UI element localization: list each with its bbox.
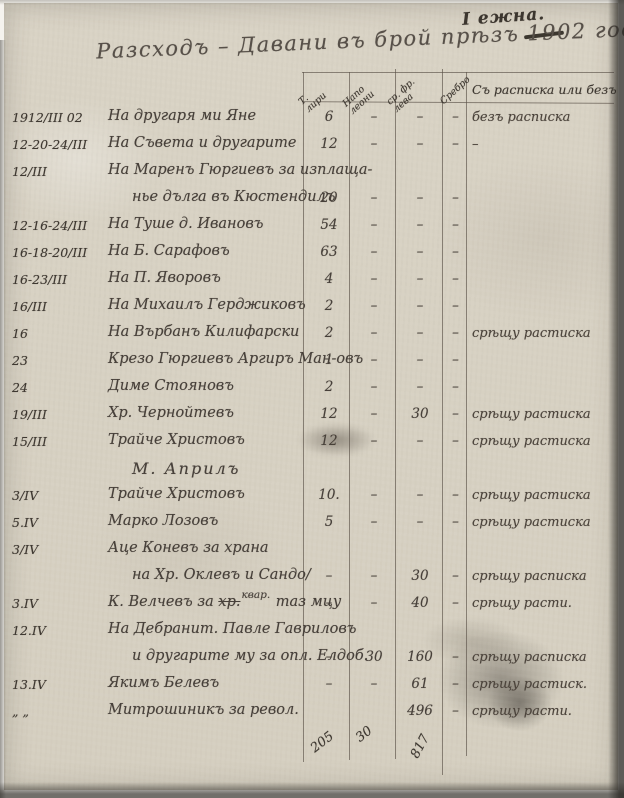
amount-cell: – [444, 703, 467, 719]
amount-cell: 63 [307, 244, 351, 260]
amount-cell: – [444, 595, 467, 611]
ledger-row: 13.ІVЯкимъ Белевъ––61–срѣщу растиск. [4, 674, 624, 701]
amount-cell: 30 [352, 649, 396, 665]
amount-cell: – [444, 568, 467, 584]
amount-cell: 2 [307, 379, 351, 395]
amount-cell: 6 [307, 109, 351, 125]
amount-cell: – [444, 271, 467, 287]
amount-cell: 30 [397, 568, 443, 584]
ink-smudge [297, 423, 375, 457]
ledger-row: 16-23/ІІІНа П. Яворовъ4––– [4, 269, 624, 296]
amount-cell: 2 [307, 298, 351, 314]
amount-cell: – [352, 352, 396, 368]
ledger-row: 5.ІVМарко Лозовъ5–––срѣщу растиска [4, 512, 624, 539]
amount-cell: – [352, 514, 396, 530]
amount-cell: – [352, 325, 396, 341]
row-description: Аце Коневъ за храна [108, 540, 269, 556]
amount-cell: – [397, 433, 443, 449]
amount-cell: – [397, 109, 443, 125]
ledger-row: 16-18-20/ІІІНа Б. Сарафовъ63––– [4, 242, 624, 269]
amount-cell: – [352, 298, 396, 314]
amount-cell: – [444, 487, 467, 503]
amount-cell: 12 [307, 136, 351, 152]
row-date: 24 [12, 380, 28, 395]
ledger-row: и другарите му за опл. Елдоб.–30160–срѣщ… [4, 647, 624, 674]
row-date: 12-20-24/ІІІ [12, 137, 87, 152]
row-date: 15/ІІІ [12, 434, 47, 449]
amount-cell: – [444, 433, 467, 449]
amount-cell: 496 [397, 703, 443, 719]
amount-cell: – [352, 244, 396, 260]
receipt-note: – [472, 137, 479, 152]
row-description: Хр. Чернойтевъ [108, 405, 234, 421]
ledger-row: „ „Митрошиникъ за револ.496–срѣщу расти. [4, 701, 624, 728]
row-description: нье дълга въ Кюстендилъ [132, 189, 335, 205]
amount-cell: – [307, 568, 351, 584]
receipt-note: срѣщу расписка [472, 650, 587, 665]
amount-cell: – [444, 352, 467, 368]
row-description: На Съвета и другарите [108, 135, 296, 151]
amount-cell: – [444, 514, 467, 530]
amount-cell: – [352, 406, 396, 422]
page-title: Разсходъ – Давани въ брой прѣзъ 1902 год [96, 19, 597, 64]
ledger-row: 15/ІІІТрайче Христовъ12–––срѣщу растиска [4, 431, 624, 458]
row-date: 19/ІІІ [12, 407, 47, 422]
ledger-row: 12.ІVНа Дебранит. Павле Гавриловъ [4, 620, 624, 647]
amount-cell: – [397, 514, 443, 530]
row-date: 16/ІІІ [12, 299, 47, 314]
row-description: На Маренъ Гюргиевъ за изплаща- [108, 162, 372, 178]
amount-cell: 12 [307, 406, 351, 422]
amount-cell: – [352, 595, 396, 611]
amount-cell: 30 [397, 406, 443, 422]
row-date: 16-23/ІІІ [12, 272, 67, 287]
receipt-note: срѣщу расти. [472, 596, 572, 611]
amount-cell: – [397, 379, 443, 395]
amount-cell: 61 [397, 676, 443, 692]
amount-cell: – [444, 406, 467, 422]
row-description: Якимъ Белевъ [108, 675, 219, 691]
amount-cell: – [444, 244, 467, 260]
row-date: „ „ [12, 704, 29, 719]
row-description: Марко Лозовъ [108, 513, 218, 529]
row-date: 16 [12, 326, 28, 341]
receipt-note: безъ расписка [472, 110, 570, 125]
amount-cell: – [352, 136, 396, 152]
row-description: На Дебранит. Павле Гавриловъ [108, 621, 356, 637]
row-description: М. Априлъ [132, 459, 240, 478]
row-date: 16-18-20/ІІІ [12, 245, 87, 260]
row-description: На Върбанъ Килифарски [108, 324, 299, 340]
row-date: 1912/ІІІ 02 [12, 110, 83, 125]
scanned-ledger-page: І ежна. Разсходъ – Давани въ брой прѣзъ … [0, 0, 624, 798]
ledger-row: 12-16-24/ІІІНа Туше д. Ивановъ54––– [4, 215, 624, 242]
amount-cell: – [444, 298, 467, 314]
ledger-row: 16На Върбанъ Килифарски2–––срѣщу растиск… [4, 323, 624, 350]
amount-cell: – [444, 217, 467, 233]
row-description: Трайче Христовъ [108, 486, 245, 502]
row-description: Диме Стояновъ [108, 378, 234, 394]
amount-cell: – [444, 325, 467, 341]
ledger-row: на Хр. Оклевъ и Сандо/––30–срѣщу расписк… [4, 566, 624, 593]
amount-cell: 1 [307, 352, 351, 368]
row-description: На другаря ми Яне [108, 108, 256, 124]
amount-cell: – [397, 325, 443, 341]
receipt-note: срѣщу расписка [472, 569, 587, 584]
ledger-row: 12/ІІІНа Маренъ Гюргиевъ за изплаща- [4, 161, 624, 188]
amount-cell: 10. [307, 487, 351, 503]
amount-cell: 40 [397, 595, 443, 611]
amount-cell: 160 [397, 649, 443, 665]
amount-cell: – [397, 136, 443, 152]
amount-cell: – [307, 649, 351, 665]
row-description: Митрошиникъ за револ. [108, 702, 299, 718]
amount-cell: – [352, 676, 396, 692]
amount-cell: – [444, 136, 467, 152]
amount-cell: – [352, 379, 396, 395]
ledger-rows: 1912/ІІІ 02На другаря ми Яне6–––безъ рас… [4, 107, 624, 728]
amount-cell: – [444, 109, 467, 125]
column-header: Съ расписка или безъ [472, 83, 622, 96]
amount-cell: – [397, 244, 443, 260]
amount-cell: 54 [307, 217, 351, 233]
amount-cell: – [397, 190, 443, 206]
ledger-row: нье дълга въ Кюстендилъ20––– [4, 188, 624, 215]
ledger-row: 3/ІVАце Коневъ за храна [4, 539, 624, 566]
ledger-row: 3.ІVК. Велчевъ за хр.квар. таз мцу––40–с… [4, 593, 624, 620]
row-date: 13.ІV [12, 677, 46, 692]
ledger-row: 23Крезо Гюргиевъ Аргиръ Ман-овъ1––– [4, 350, 624, 377]
row-date: 23 [12, 353, 28, 368]
amount-cell: 2 [307, 325, 351, 341]
ledger-row: 12-20-24/ІІІНа Съвета и другарите12–––– [4, 134, 624, 161]
amount-cell: – [397, 487, 443, 503]
receipt-note: срѣщу растиска [472, 326, 591, 341]
amount-cell: 4 [307, 271, 351, 287]
amount-cell: – [397, 298, 443, 314]
amount-cell: – [352, 487, 396, 503]
ledger-row: 24Диме Стояновъ2––– [4, 377, 624, 404]
row-date: 12/ІІІ [12, 164, 47, 179]
row-description-part: К. Велчевъ за [108, 594, 218, 610]
receipt-note: срѣщу расти. [472, 704, 572, 719]
amount-cell: – [397, 271, 443, 287]
amount-cell: 5 [307, 514, 351, 530]
row-description: На Михаилъ Герджиковъ [108, 297, 306, 313]
amount-cell: – [352, 109, 396, 125]
amount-cell: – [397, 217, 443, 233]
row-description: На Б. Сарафовъ [108, 243, 230, 259]
amount-cell: – [444, 676, 467, 692]
amount-cell: – [352, 217, 396, 233]
amount-cell: – [307, 595, 351, 611]
ledger-row: 3/ІVТрайче Христовъ10.–––срѣщу растиска [4, 485, 624, 512]
row-description-struck-word: хр. [218, 594, 240, 610]
receipt-note: срѣщу растиск. [472, 677, 587, 692]
amount-cell: – [307, 676, 351, 692]
row-description-inserted-word: квар. [241, 589, 270, 601]
amount-cell: – [397, 352, 443, 368]
row-description: На Туше д. Ивановъ [108, 216, 263, 232]
amount-cell: – [444, 379, 467, 395]
row-date: 3/ІV [12, 488, 38, 503]
amount-cell: – [352, 190, 396, 206]
amount-cell: – [352, 568, 396, 584]
paper-sheet: І ежна. Разсходъ – Давани въ брой прѣзъ … [4, 3, 618, 790]
ledger-row: 1912/ІІІ 02На другаря ми Яне6–––безъ рас… [4, 107, 624, 134]
receipt-note: срѣщу растиска [472, 407, 591, 422]
amount-cell: – [444, 190, 467, 206]
row-date: 12.ІV [12, 623, 46, 638]
amount-cell: 20 [307, 190, 351, 206]
receipt-note: срѣщу растиска [472, 434, 591, 449]
receipt-note: срѣщу растиска [472, 515, 591, 530]
ledger-row: 16/ІІІНа Михаилъ Герджиковъ2––– [4, 296, 624, 323]
row-date: 3/ІV [12, 542, 38, 557]
row-date: 12-16-24/ІІІ [12, 218, 87, 233]
receipt-note: срѣщу растиска [472, 488, 591, 503]
row-description: На П. Яворовъ [108, 270, 221, 286]
row-description: Трайче Христовъ [108, 432, 245, 448]
column-total: 205 [308, 729, 337, 756]
row-date: 3.ІV [12, 596, 38, 611]
amount-cell: – [444, 649, 467, 665]
amount-cell: – [352, 271, 396, 287]
row-description: на Хр. Оклевъ и Сандо/ [132, 567, 311, 583]
column-total: 817 [408, 732, 433, 761]
ledger-row: М. Априлъ [4, 458, 624, 485]
row-date: 5.ІV [12, 515, 38, 530]
